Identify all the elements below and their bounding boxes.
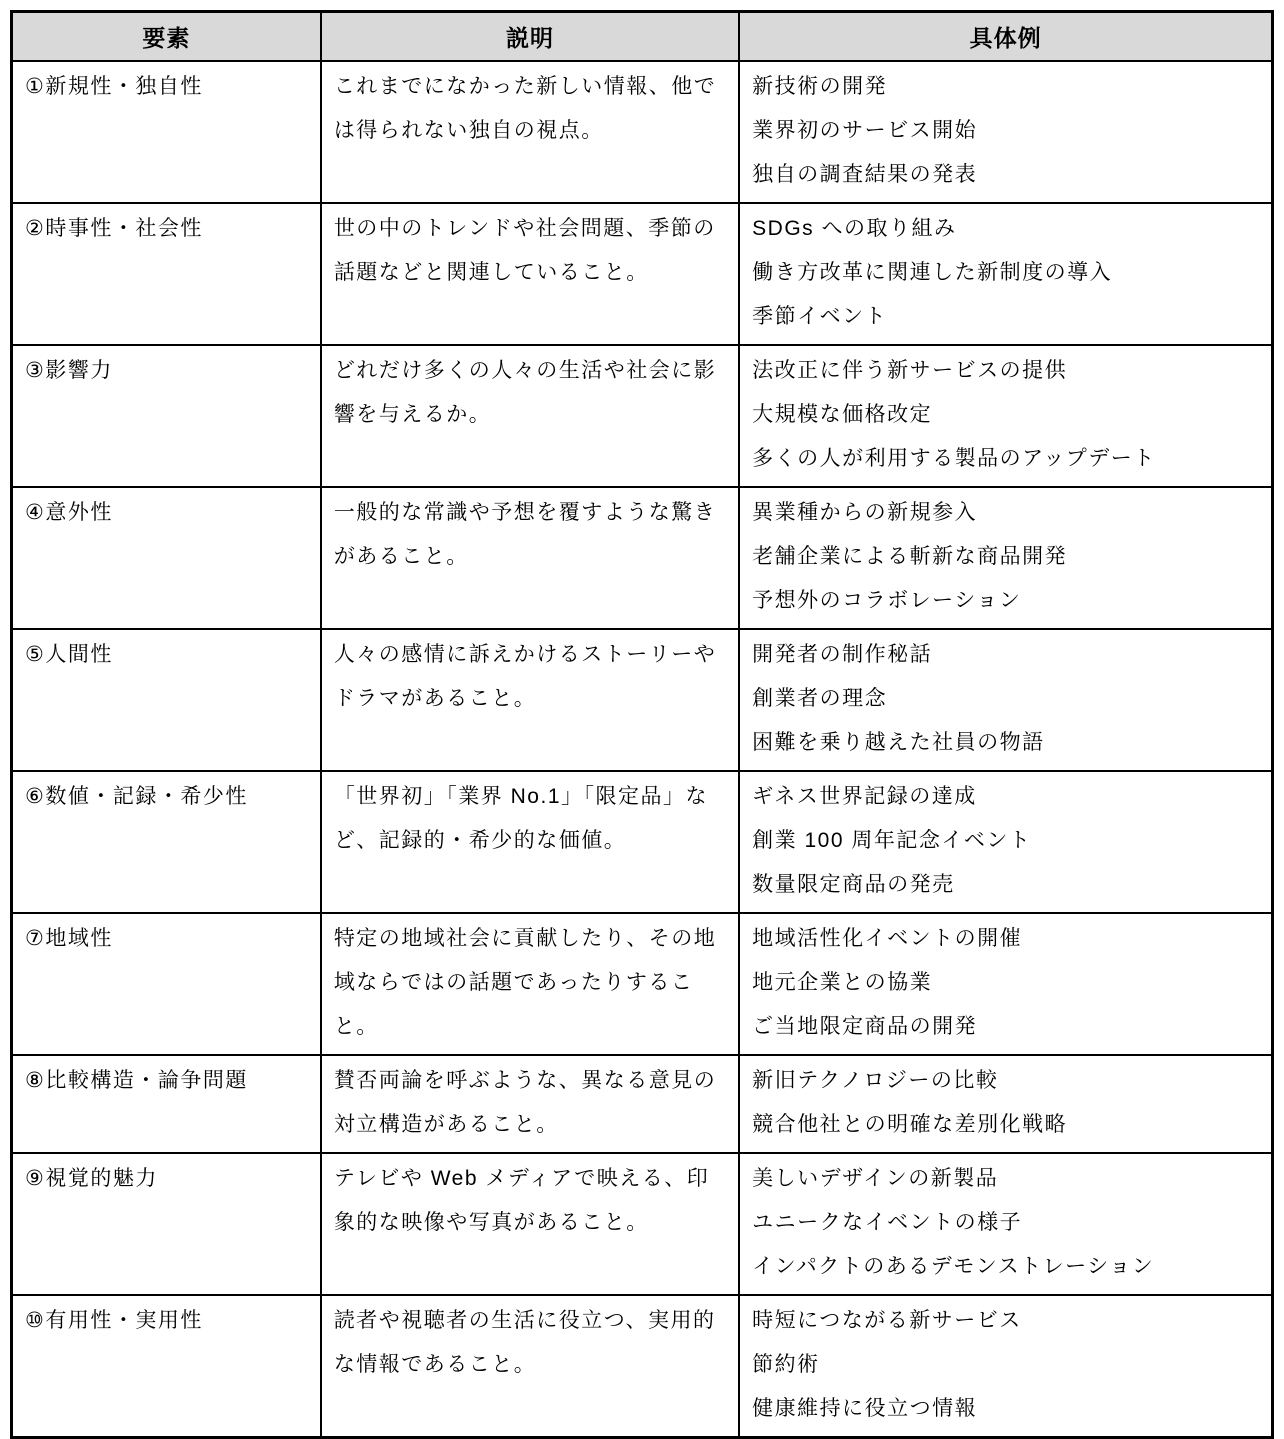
element-cell: ②時事性・社会性 xyxy=(12,203,321,345)
table-row: ⑦地域性特定の地域社会に貢献したり、その地域ならではの話題であったりすること。地… xyxy=(12,913,1273,1055)
table-row: ②時事性・社会性世の中のトレンドや社会問題、季節の話題などと関連していること。S… xyxy=(12,203,1273,345)
element-cell: ⑤人間性 xyxy=(12,629,321,771)
examples-cell: ギネス世界記録の達成創業 100 周年記念イベント数量限定商品の発売 xyxy=(739,771,1272,913)
example-line: 節約術 xyxy=(752,1343,1259,1387)
description-cell: 賛否両論を呼ぶような、異なる意見の対立構造があること。 xyxy=(321,1055,739,1153)
examples-cell: 法改正に伴う新サービスの提供大規模な価格改定多くの人が利用する製品のアップデート xyxy=(739,345,1272,487)
element-cell: ⑩有用性・実用性 xyxy=(12,1295,321,1438)
example-line: SDGs への取り組み xyxy=(752,207,1259,251)
element-cell: ③影響力 xyxy=(12,345,321,487)
element-cell: ④意外性 xyxy=(12,487,321,629)
example-line: 健康維持に役立つ情報 xyxy=(752,1387,1259,1431)
table-row: ⑥数値・記録・希少性「世界初」「業界 No.1」「限定品」など、記録的・希少的な… xyxy=(12,771,1273,913)
description-cell: どれだけ多くの人々の生活や社会に影響を与えるか。 xyxy=(321,345,739,487)
example-line: 困難を乗り越えた社員の物語 xyxy=(752,721,1259,765)
news-value-elements-table: 要素 説明 具体例 ①新規性・独自性これまでになかった新しい情報、他では得られな… xyxy=(10,10,1274,1439)
description-cell: 人々の感情に訴えかけるストーリーやドラマがあること。 xyxy=(321,629,739,771)
example-line: 新旧テクノロジーの比較 xyxy=(752,1059,1259,1103)
element-cell: ⑨視覚的魅力 xyxy=(12,1153,321,1295)
table-row: ⑤人間性人々の感情に訴えかけるストーリーやドラマがあること。開発者の制作秘話創業… xyxy=(12,629,1273,771)
example-line: 競合他社との明確な差別化戦略 xyxy=(752,1103,1259,1147)
examples-cell: 時短につながる新サービス節約術健康維持に役立つ情報 xyxy=(739,1295,1272,1438)
examples-cell: SDGs への取り組み働き方改革に関連した新制度の導入季節イベント xyxy=(739,203,1272,345)
example-line: ユニークなイベントの様子 xyxy=(752,1201,1259,1245)
table-header-row: 要素 説明 具体例 xyxy=(12,12,1273,62)
table-row: ⑨視覚的魅力テレビや Web メディアで映える、印象的な映像や写真があること。美… xyxy=(12,1153,1273,1295)
header-element: 要素 xyxy=(12,12,321,62)
example-line: 美しいデザインの新製品 xyxy=(752,1157,1259,1201)
element-cell: ⑦地域性 xyxy=(12,913,321,1055)
header-examples: 具体例 xyxy=(739,12,1272,62)
example-line: 老舗企業による斬新な商品開発 xyxy=(752,535,1259,579)
example-line: 予想外のコラボレーション xyxy=(752,579,1259,623)
examples-cell: 美しいデザインの新製品ユニークなイベントの様子インパクトのあるデモンストレーショ… xyxy=(739,1153,1272,1295)
examples-cell: 新技術の開発業界初のサービス開始独自の調査結果の発表 xyxy=(739,61,1272,203)
table-row: ④意外性一般的な常識や予想を覆すような驚きがあること。異業種からの新規参入老舗企… xyxy=(12,487,1273,629)
document-page: 要素 説明 具体例 ①新規性・独自性これまでになかった新しい情報、他では得られな… xyxy=(0,0,1284,1388)
example-line: 時短につながる新サービス xyxy=(752,1299,1259,1343)
example-line: 大規模な価格改定 xyxy=(752,393,1259,437)
examples-cell: 新旧テクノロジーの比較競合他社との明確な差別化戦略 xyxy=(739,1055,1272,1153)
example-line: 数量限定商品の発売 xyxy=(752,863,1259,907)
example-line: 法改正に伴う新サービスの提供 xyxy=(752,349,1259,393)
examples-cell: 異業種からの新規参入老舗企業による斬新な商品開発予想外のコラボレーション xyxy=(739,487,1272,629)
examples-cell: 地域活性化イベントの開催地元企業との協業ご当地限定商品の開発 xyxy=(739,913,1272,1055)
example-line: インパクトのあるデモンストレーション xyxy=(752,1245,1259,1289)
table-body: ①新規性・独自性これまでになかった新しい情報、他では得られない独自の視点。新技術… xyxy=(12,61,1273,1438)
example-line: 多くの人が利用する製品のアップデート xyxy=(752,437,1259,481)
example-line: ギネス世界記録の達成 xyxy=(752,775,1259,819)
example-line: 創業者の理念 xyxy=(752,677,1259,721)
table-row: ⑧比較構造・論争問題賛否両論を呼ぶような、異なる意見の対立構造があること。新旧テ… xyxy=(12,1055,1273,1153)
description-cell: これまでになかった新しい情報、他では得られない独自の視点。 xyxy=(321,61,739,203)
header-description: 説明 xyxy=(321,12,739,62)
description-cell: 世の中のトレンドや社会問題、季節の話題などと関連していること。 xyxy=(321,203,739,345)
example-line: 季節イベント xyxy=(752,295,1259,339)
example-line: 地域活性化イベントの開催 xyxy=(752,917,1259,961)
element-cell: ①新規性・独自性 xyxy=(12,61,321,203)
example-line: 働き方改革に関連した新制度の導入 xyxy=(752,251,1259,295)
example-line: 業界初のサービス開始 xyxy=(752,109,1259,153)
example-line: 開発者の制作秘話 xyxy=(752,633,1259,677)
element-cell: ⑧比較構造・論争問題 xyxy=(12,1055,321,1153)
description-cell: 「世界初」「業界 No.1」「限定品」など、記録的・希少的な価値。 xyxy=(321,771,739,913)
description-cell: 特定の地域社会に貢献したり、その地域ならではの話題であったりすること。 xyxy=(321,913,739,1055)
table-row: ⑩有用性・実用性読者や視聴者の生活に役立つ、実用的な情報であること。時短につなが… xyxy=(12,1295,1273,1438)
table-row: ①新規性・独自性これまでになかった新しい情報、他では得られない独自の視点。新技術… xyxy=(12,61,1273,203)
description-cell: テレビや Web メディアで映える、印象的な映像や写真があること。 xyxy=(321,1153,739,1295)
example-line: 新技術の開発 xyxy=(752,65,1259,109)
example-line: 独自の調査結果の発表 xyxy=(752,153,1259,197)
description-cell: 読者や視聴者の生活に役立つ、実用的な情報であること。 xyxy=(321,1295,739,1438)
table-row: ③影響力どれだけ多くの人々の生活や社会に影響を与えるか。法改正に伴う新サービスの… xyxy=(12,345,1273,487)
example-line: ご当地限定商品の開発 xyxy=(752,1005,1259,1049)
examples-cell: 開発者の制作秘話創業者の理念困難を乗り越えた社員の物語 xyxy=(739,629,1272,771)
description-cell: 一般的な常識や予想を覆すような驚きがあること。 xyxy=(321,487,739,629)
example-line: 創業 100 周年記念イベント xyxy=(752,819,1259,863)
example-line: 異業種からの新規参入 xyxy=(752,491,1259,535)
element-cell: ⑥数値・記録・希少性 xyxy=(12,771,321,913)
example-line: 地元企業との協業 xyxy=(752,961,1259,1005)
